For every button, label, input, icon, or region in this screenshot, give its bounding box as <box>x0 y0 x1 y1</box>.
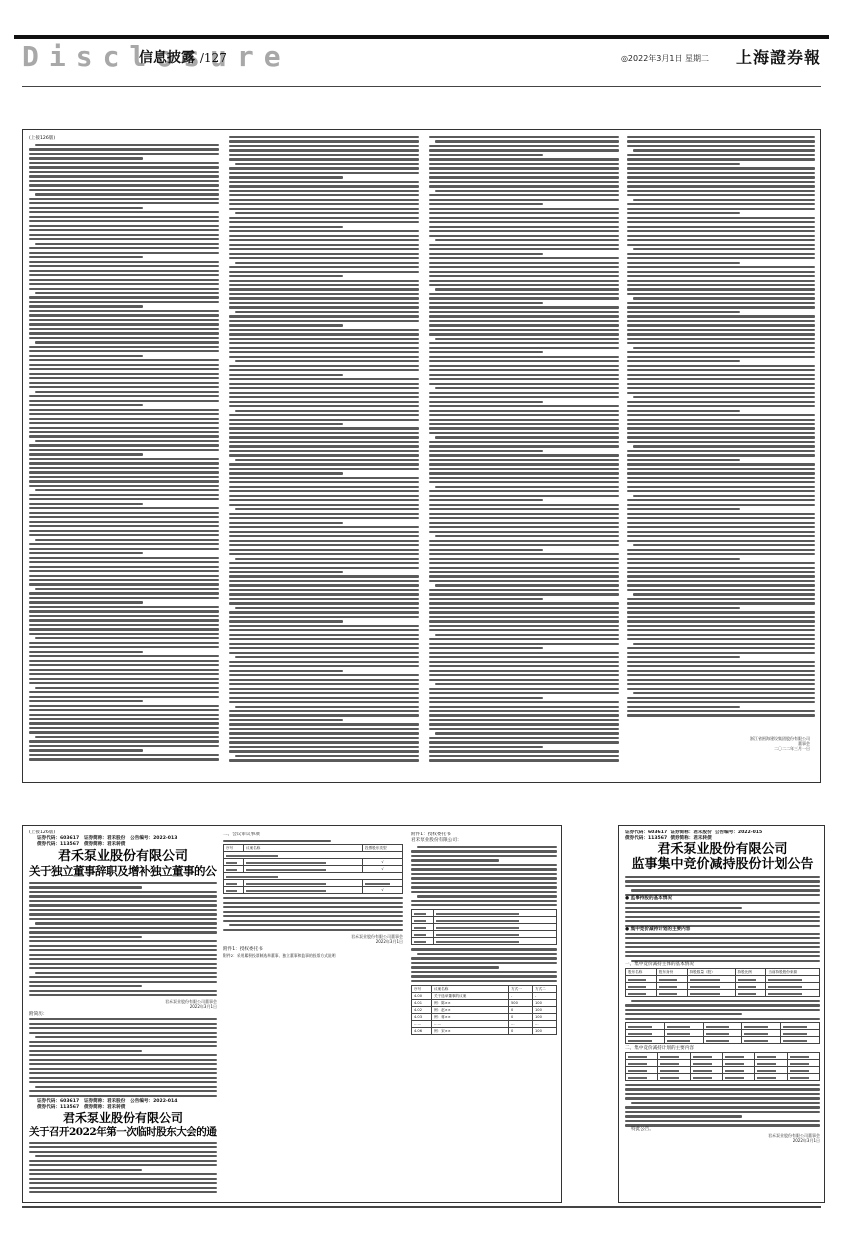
text-line <box>29 615 219 617</box>
vote-no: …… <box>412 1021 432 1028</box>
text-line <box>429 611 619 613</box>
text-line <box>429 329 619 331</box>
text-line <box>429 737 619 739</box>
text-line <box>229 297 419 299</box>
bond-code: 债券代码：113567 <box>37 842 79 847</box>
text-line <box>229 638 419 640</box>
text-line <box>625 1088 820 1090</box>
bullet-2-text: 集中竞价减持计划的主要内容 <box>631 927 691 932</box>
text-line <box>429 602 619 604</box>
text-line <box>627 315 815 317</box>
text-line <box>631 889 820 891</box>
plan-cell <box>690 1052 722 1059</box>
text-line <box>627 553 815 555</box>
text-line <box>627 571 815 573</box>
text-line <box>29 252 219 254</box>
text-line <box>627 522 815 524</box>
vote-name: 例：蒋×× <box>432 1014 509 1021</box>
text-line <box>429 526 619 528</box>
meeting-agenda-column: 二、会议审议事项 序号 议案名称 投票股东类型 √ √ √ 君禾泵业股份有限公司… <box>223 832 403 1198</box>
text-line <box>627 190 815 192</box>
supervisor-body-3 <box>625 1000 820 1020</box>
text-line <box>429 723 619 725</box>
past-cell <box>742 1036 781 1043</box>
text-line <box>625 1115 742 1117</box>
text-line <box>29 570 219 572</box>
text-line <box>35 1086 217 1088</box>
text-line <box>411 877 557 879</box>
text-line <box>29 1027 217 1029</box>
text-line <box>29 624 219 626</box>
text-line <box>229 750 419 752</box>
text-line <box>29 359 219 361</box>
text-line <box>627 262 740 264</box>
text-line <box>625 933 820 935</box>
agenda-intro <box>223 840 403 842</box>
text-line <box>627 244 815 246</box>
text-line <box>29 1173 217 1175</box>
text-line <box>429 423 619 425</box>
text-line <box>625 1106 820 1108</box>
text-line <box>29 566 219 568</box>
plan-cell <box>722 1059 754 1066</box>
text-line <box>633 396 815 398</box>
text-line <box>229 665 419 667</box>
vote-row: 4.06例：宋××0100 <box>412 1028 557 1035</box>
text-line <box>627 239 815 241</box>
text-line <box>625 1120 820 1122</box>
text-line <box>429 360 619 362</box>
agenda-th-type: 投票股东类型 <box>363 845 403 852</box>
text-line <box>29 1045 217 1047</box>
text-line <box>29 651 143 653</box>
text-line <box>417 953 557 955</box>
stock-code-2: 证券代码：603617 <box>37 1099 79 1104</box>
text-line <box>625 911 820 913</box>
text-line <box>435 486 619 488</box>
text-line <box>429 746 543 748</box>
text-line <box>429 697 543 699</box>
holders-cell <box>656 982 687 989</box>
text-line <box>411 980 557 982</box>
notice-body <box>29 882 217 996</box>
text-line <box>29 913 217 915</box>
text-line <box>627 383 815 385</box>
text-line <box>411 882 557 884</box>
text-line <box>29 722 219 724</box>
text-line <box>35 687 219 689</box>
holders-th: 持股数量（股） <box>687 968 735 975</box>
text-line <box>229 472 343 474</box>
text-line <box>229 463 419 465</box>
text-line <box>29 646 219 648</box>
bond-code-2: 债券代码：113567 <box>37 1105 79 1110</box>
stock-name: 证券简称：君禾股份 <box>84 836 125 841</box>
plan-cell <box>722 1066 754 1073</box>
text-line <box>29 157 143 159</box>
text-line <box>229 584 419 586</box>
past-cell <box>703 1022 742 1029</box>
text-line <box>229 248 419 250</box>
text-line <box>29 886 142 888</box>
text-line <box>29 427 219 429</box>
text-line <box>29 211 219 213</box>
proxy-addressee: 君禾泵业股份有限公司： <box>411 838 557 844</box>
text-line <box>229 629 419 631</box>
text-line <box>429 194 619 196</box>
text-line <box>429 369 619 371</box>
text-line <box>235 508 419 510</box>
agenda-signature-date: 2022年3月1日 <box>223 939 403 944</box>
text-line <box>229 199 419 201</box>
text-line <box>229 347 419 349</box>
text-line <box>35 637 219 639</box>
text-line <box>229 486 419 488</box>
text-line <box>29 619 219 621</box>
text-line <box>229 517 419 519</box>
text-line <box>627 271 815 273</box>
text-line <box>429 665 619 667</box>
text-line <box>35 1155 217 1157</box>
text-line <box>29 673 219 675</box>
text-line <box>627 584 815 586</box>
text-line <box>429 230 619 232</box>
text-line <box>411 855 557 857</box>
text-line <box>429 674 619 676</box>
text-line <box>29 234 219 236</box>
text-line <box>627 194 815 196</box>
text-line <box>435 387 619 389</box>
text-line <box>627 602 815 604</box>
agenda-cell <box>224 866 244 873</box>
text-line <box>35 292 219 294</box>
supervisor-body-1 <box>625 902 820 927</box>
text-line <box>627 714 815 716</box>
text-line <box>29 1072 217 1074</box>
text-line <box>229 540 419 542</box>
text-line <box>229 432 419 434</box>
text-line <box>429 495 619 497</box>
vote-m1: … <box>509 1021 533 1028</box>
text-line <box>627 629 815 631</box>
plan-cell <box>755 1059 787 1066</box>
text-line <box>627 266 815 268</box>
text-line <box>29 283 219 285</box>
text-line <box>29 985 142 987</box>
text-line <box>627 288 815 290</box>
text-line <box>29 592 219 594</box>
text-line <box>29 256 143 258</box>
text-line <box>223 915 403 917</box>
text-line <box>229 208 419 210</box>
text-line <box>29 1160 217 1162</box>
text-line <box>627 392 815 394</box>
text-line <box>29 507 219 509</box>
text-line <box>627 208 815 210</box>
text-line <box>627 217 815 219</box>
text-line <box>229 306 419 308</box>
text-line <box>229 396 419 398</box>
supervisor-intro <box>625 876 820 896</box>
text-line <box>627 185 815 187</box>
text-line <box>229 172 419 174</box>
text-line <box>29 945 217 947</box>
text-line <box>435 338 619 340</box>
text-line <box>627 701 815 703</box>
text-line <box>627 463 815 465</box>
notice-signature-date: 2022年3月1日 <box>29 1004 217 1009</box>
supervisor-signature-date: 2022年3月1日 <box>625 1138 820 1143</box>
text-line <box>627 154 815 156</box>
dateline: ◎2022年3月1日 星期二 <box>621 53 709 64</box>
text-line <box>229 737 419 739</box>
agenda-body <box>223 897 403 931</box>
text-line <box>229 383 419 385</box>
text-line <box>633 692 815 694</box>
text-line <box>429 203 543 205</box>
text-line <box>411 873 557 875</box>
text-line <box>223 929 403 931</box>
vote-name: …… <box>432 1021 509 1028</box>
text-line <box>29 882 217 884</box>
proxy-cell <box>434 931 557 938</box>
text-line <box>627 454 815 456</box>
text-line <box>229 468 419 470</box>
text-line <box>627 427 815 429</box>
text-line <box>429 481 619 483</box>
text-line <box>429 463 619 465</box>
text-line <box>29 337 219 339</box>
text-line <box>29 418 219 420</box>
text-line <box>235 656 419 658</box>
supervisor-reduction-box: 证券代码：603617 证券简称：君禾股份 公告编号：2022-015 债券代码… <box>618 825 825 1203</box>
supervisor-body-4 <box>625 1084 820 1127</box>
text-line <box>229 275 343 277</box>
agenda-row <box>224 873 403 880</box>
holders-cell <box>687 975 735 982</box>
text-line <box>29 471 219 473</box>
notice-number-2: 公告编号：2022-014 <box>130 1099 177 1104</box>
text-line <box>435 190 619 192</box>
text-line <box>235 706 419 708</box>
plan-cell <box>658 1066 690 1073</box>
text-line <box>625 1009 820 1011</box>
text-line <box>429 441 619 443</box>
text-line <box>429 459 619 461</box>
text-line <box>29 485 219 487</box>
section-title: 信息披露 /127 <box>139 47 227 67</box>
text-line <box>633 445 815 447</box>
text-line <box>229 405 419 407</box>
agenda-signature: 君禾泵业股份有限公司董事会 2022年3月1日 <box>223 934 403 944</box>
text-line <box>229 320 419 322</box>
text-line <box>229 602 419 604</box>
text-line <box>29 382 219 384</box>
text-line <box>235 410 419 412</box>
agenda-mark: √ <box>363 859 403 866</box>
text-line <box>29 891 217 893</box>
text-line <box>35 972 217 974</box>
text-line <box>229 692 419 694</box>
vote-m2: - <box>533 993 557 1000</box>
text-line <box>229 679 419 681</box>
vote-th-m1: 方式一 <box>509 986 533 993</box>
text-line <box>627 163 740 165</box>
text-line <box>229 136 419 138</box>
supervisor-signature: 君禾泵业股份有限公司董事会 2022年3月1日 <box>625 1133 820 1143</box>
text-line <box>429 410 619 412</box>
text-line <box>625 937 820 939</box>
text-line <box>229 535 419 537</box>
text-line <box>429 580 619 582</box>
text-line <box>429 266 619 268</box>
text-line <box>29 967 217 969</box>
text-line <box>627 414 815 416</box>
article-column-3 <box>429 136 619 776</box>
text-line <box>429 212 619 214</box>
text-line <box>627 257 815 259</box>
text-line <box>429 427 619 429</box>
text-line <box>411 900 557 902</box>
bond-code-3: 债券代码：113567 <box>625 836 667 841</box>
article-column-2 <box>229 136 419 776</box>
text-line <box>29 229 219 231</box>
text-line <box>627 410 740 412</box>
text-line <box>429 342 619 344</box>
text-line <box>627 598 815 600</box>
vote-th-m2: 方式二 <box>533 986 557 993</box>
text-line <box>29 1032 217 1034</box>
text-line <box>29 660 219 662</box>
text-line <box>29 238 219 240</box>
past-cell <box>626 1022 665 1029</box>
text-line <box>429 333 619 335</box>
text-line <box>627 176 815 178</box>
text-line <box>627 230 815 232</box>
text-line <box>29 319 219 321</box>
text-line <box>29 364 219 366</box>
text-line <box>229 221 419 223</box>
text-line <box>29 310 219 312</box>
vote-row: ……………… <box>412 1021 557 1028</box>
text-line <box>29 220 219 222</box>
text-line <box>411 948 557 950</box>
text-line <box>429 396 619 398</box>
past-cell <box>703 1029 742 1036</box>
text-line <box>229 513 419 515</box>
text-line <box>29 990 217 992</box>
text-line <box>223 920 403 922</box>
text-line <box>429 490 619 492</box>
text-line <box>229 293 419 295</box>
holders-cell <box>766 982 820 989</box>
text-line <box>29 579 219 581</box>
proxy-cell <box>412 938 434 945</box>
text-line <box>429 208 619 210</box>
text-line <box>29 1191 217 1193</box>
proxy-body-2 <box>411 948 557 982</box>
text-line <box>229 392 419 394</box>
text-line <box>429 531 619 533</box>
reduction-plan-table <box>625 1052 820 1081</box>
text-line <box>29 548 219 550</box>
agenda-mark: √ <box>363 866 403 873</box>
plan-cell <box>690 1066 722 1073</box>
text-line <box>29 422 219 424</box>
text-line <box>29 597 219 599</box>
text-line <box>229 378 419 380</box>
holders-th: 持股比例 <box>735 968 766 975</box>
text-line <box>429 154 543 156</box>
text-line <box>429 145 619 147</box>
proxy-cell <box>434 917 557 924</box>
text-line <box>627 580 815 582</box>
proxy-cell <box>434 938 557 945</box>
text-line <box>229 190 419 192</box>
text-line <box>429 701 619 703</box>
text-line <box>35 588 219 590</box>
plan-cell <box>722 1073 754 1080</box>
text-line <box>229 531 419 533</box>
text-line <box>633 149 815 151</box>
holders-th: 股东身份 <box>656 968 687 975</box>
text-line <box>627 558 740 560</box>
supervisor-notice: 证券代码：603617 证券简称：君禾股份 公告编号：2022-015 债券代码… <box>625 830 820 1200</box>
text-line <box>429 356 619 358</box>
text-line <box>435 239 619 241</box>
text-line <box>229 723 419 725</box>
text-line <box>627 625 815 627</box>
text-line <box>429 638 619 640</box>
text-line <box>429 562 619 564</box>
text-line <box>627 450 815 452</box>
agenda-cell <box>244 859 363 866</box>
text-line <box>429 445 619 447</box>
text-line <box>229 369 419 371</box>
text-line <box>223 897 403 899</box>
junhe-notices-box: (上接126版) 证券代码：603617 证券简称：君禾股份 公告编号：2022… <box>22 825 562 1203</box>
text-line <box>29 467 219 469</box>
text-line <box>627 369 815 371</box>
text-line <box>229 356 419 358</box>
text-line <box>29 395 219 397</box>
text-line <box>435 584 619 586</box>
text-line <box>229 338 419 340</box>
text-line <box>429 253 543 255</box>
top-signature-date: 二〇二二年三月一日 <box>630 746 810 751</box>
text-line <box>29 534 219 536</box>
text-line <box>429 513 619 515</box>
text-line <box>229 167 419 169</box>
text-line <box>627 652 815 654</box>
text-line <box>29 1068 217 1070</box>
text-line <box>229 495 419 497</box>
text-line <box>29 175 219 177</box>
text-line <box>229 329 419 331</box>
text-line <box>631 1000 820 1002</box>
text-line <box>627 697 815 699</box>
text-line <box>229 647 419 649</box>
text-line <box>29 740 219 742</box>
text-line <box>229 728 419 730</box>
text-line <box>411 957 557 959</box>
text-line <box>29 494 219 496</box>
text-line <box>627 638 815 640</box>
text-line <box>429 656 619 658</box>
text-line <box>229 549 419 551</box>
vote-row: 4.03例：蒋××0100 <box>412 1014 557 1021</box>
text-line <box>429 728 619 730</box>
